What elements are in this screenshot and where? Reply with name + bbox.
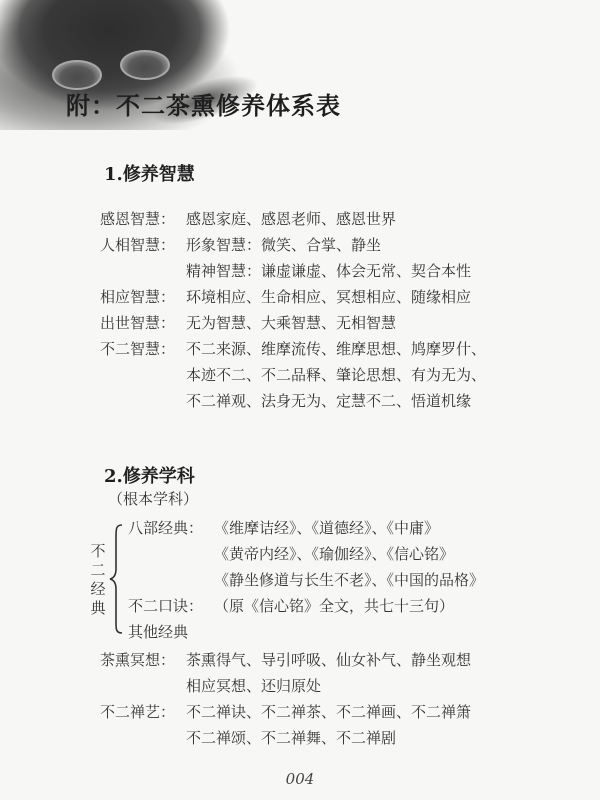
row-text: 《维摩诘经》、《道德经》、《中庸》 [214, 519, 439, 537]
section-heading-wisdom: 1.修养智慧 [104, 160, 195, 186]
row-label: 不二口诀： [128, 596, 214, 616]
row-text: 《静坐修道与长生不老》、《中国的品格》 [214, 571, 484, 589]
list-item: 相应智慧：环境相应、生命相应、冥想相应、随缘相应 [100, 287, 471, 307]
list-item: 《黄帝内经》、《瑜伽经》、《信心铭》 [214, 544, 454, 564]
row-label: 人相智慧： [100, 235, 186, 255]
list-item: 本迹不二、不二品释、肇论思想、有为无为、 [186, 365, 486, 385]
list-item: 不二智慧：不二来源、维摩流传、维摩思想、鸠摩罗什、 [100, 339, 486, 359]
row-label: 出世智慧： [100, 313, 186, 333]
group-label-char: 二 [90, 561, 106, 580]
row-label: 茶熏冥想： [100, 650, 186, 670]
row-text: 不二禅观、法身无为、定慧不二、悟道机缘 [186, 392, 471, 410]
row-text: （原《信心铭》全文，共七十三句） [214, 597, 454, 615]
list-item: 精神智慧：谦虚谦虚、体会无常、契合本性 [186, 261, 471, 281]
list-item: 感恩智慧：感恩家庭、感恩老师、感恩世界 [100, 209, 396, 229]
list-item: 不二禅艺：不二禅诀、不二禅茶、不二禅画、不二禅箫 [100, 702, 471, 722]
row-text: 感恩家庭、感恩老师、感恩世界 [186, 210, 396, 228]
page-number: 004 [0, 770, 600, 788]
group-label-char: 不 [90, 542, 106, 561]
row-label: 其他经典 [128, 623, 188, 641]
group-label-char: 典 [90, 599, 106, 618]
list-item: 人相智慧：形象智慧：微笑、合掌、静坐 [100, 235, 381, 255]
row-text: 《黄帝内经》、《瑜伽经》、《信心铭》 [214, 545, 454, 563]
group-label-vertical: 不 二 经 典 [90, 542, 106, 618]
row-label: 不二禅艺： [100, 702, 186, 722]
row-label: 感恩智慧： [100, 209, 186, 229]
row-text: 环境相应、生命相应、冥想相应、随缘相应 [186, 288, 471, 306]
list-item: 不二禅颂、不二禅舞、不二禅剧 [186, 728, 396, 748]
tea-cup-icon [120, 50, 170, 80]
list-item: 相应冥想、还归原处 [186, 676, 321, 696]
list-item: 茶熏冥想：茶熏得气、导引呼吸、仙女补气、静坐观想 [100, 650, 471, 670]
row-text: 不二来源、维摩流传、维摩思想、鸠摩罗什、 [186, 340, 486, 358]
list-item: 八部经典：《维摩诘经》、《道德经》、《中庸》 [128, 518, 439, 538]
row-text: 不二禅颂、不二禅舞、不二禅剧 [186, 729, 396, 747]
row-text: 无为智慧、大乘智慧、无相智慧 [186, 314, 396, 332]
page-title: 附：不二茶熏修养体系表 [66, 86, 341, 121]
list-item: 不二禅观、法身无为、定慧不二、悟道机缘 [186, 391, 471, 411]
row-text: 茶熏得气、导引呼吸、仙女补气、静坐观想 [186, 651, 471, 669]
row-text: 本迹不二、不二品释、肇论思想、有为无为、 [186, 366, 486, 384]
subheading: （根本学科） [108, 488, 198, 509]
curly-brace-icon [108, 523, 124, 635]
row-label: 不二智慧： [100, 339, 186, 359]
list-item: 其他经典 [128, 622, 188, 642]
list-item: 《静坐修道与长生不老》、《中国的品格》 [214, 570, 484, 590]
list-item: 出世智慧：无为智慧、大乘智慧、无相智慧 [100, 313, 396, 333]
row-text: 精神智慧：谦虚谦虚、体会无常、契合本性 [186, 262, 471, 280]
section-heading-disciplines: 2.修养学科 [104, 462, 195, 488]
row-text: 不二禅诀、不二禅茶、不二禅画、不二禅箫 [186, 703, 471, 721]
list-item: 不二口诀：（原《信心铭》全文，共七十三句） [128, 596, 454, 616]
row-label: 八部经典： [128, 518, 214, 538]
row-text: 形象智慧：微笑、合掌、静坐 [186, 236, 381, 254]
row-text: 相应冥想、还归原处 [186, 677, 321, 695]
group-label-char: 经 [90, 580, 106, 599]
row-label: 相应智慧： [100, 287, 186, 307]
